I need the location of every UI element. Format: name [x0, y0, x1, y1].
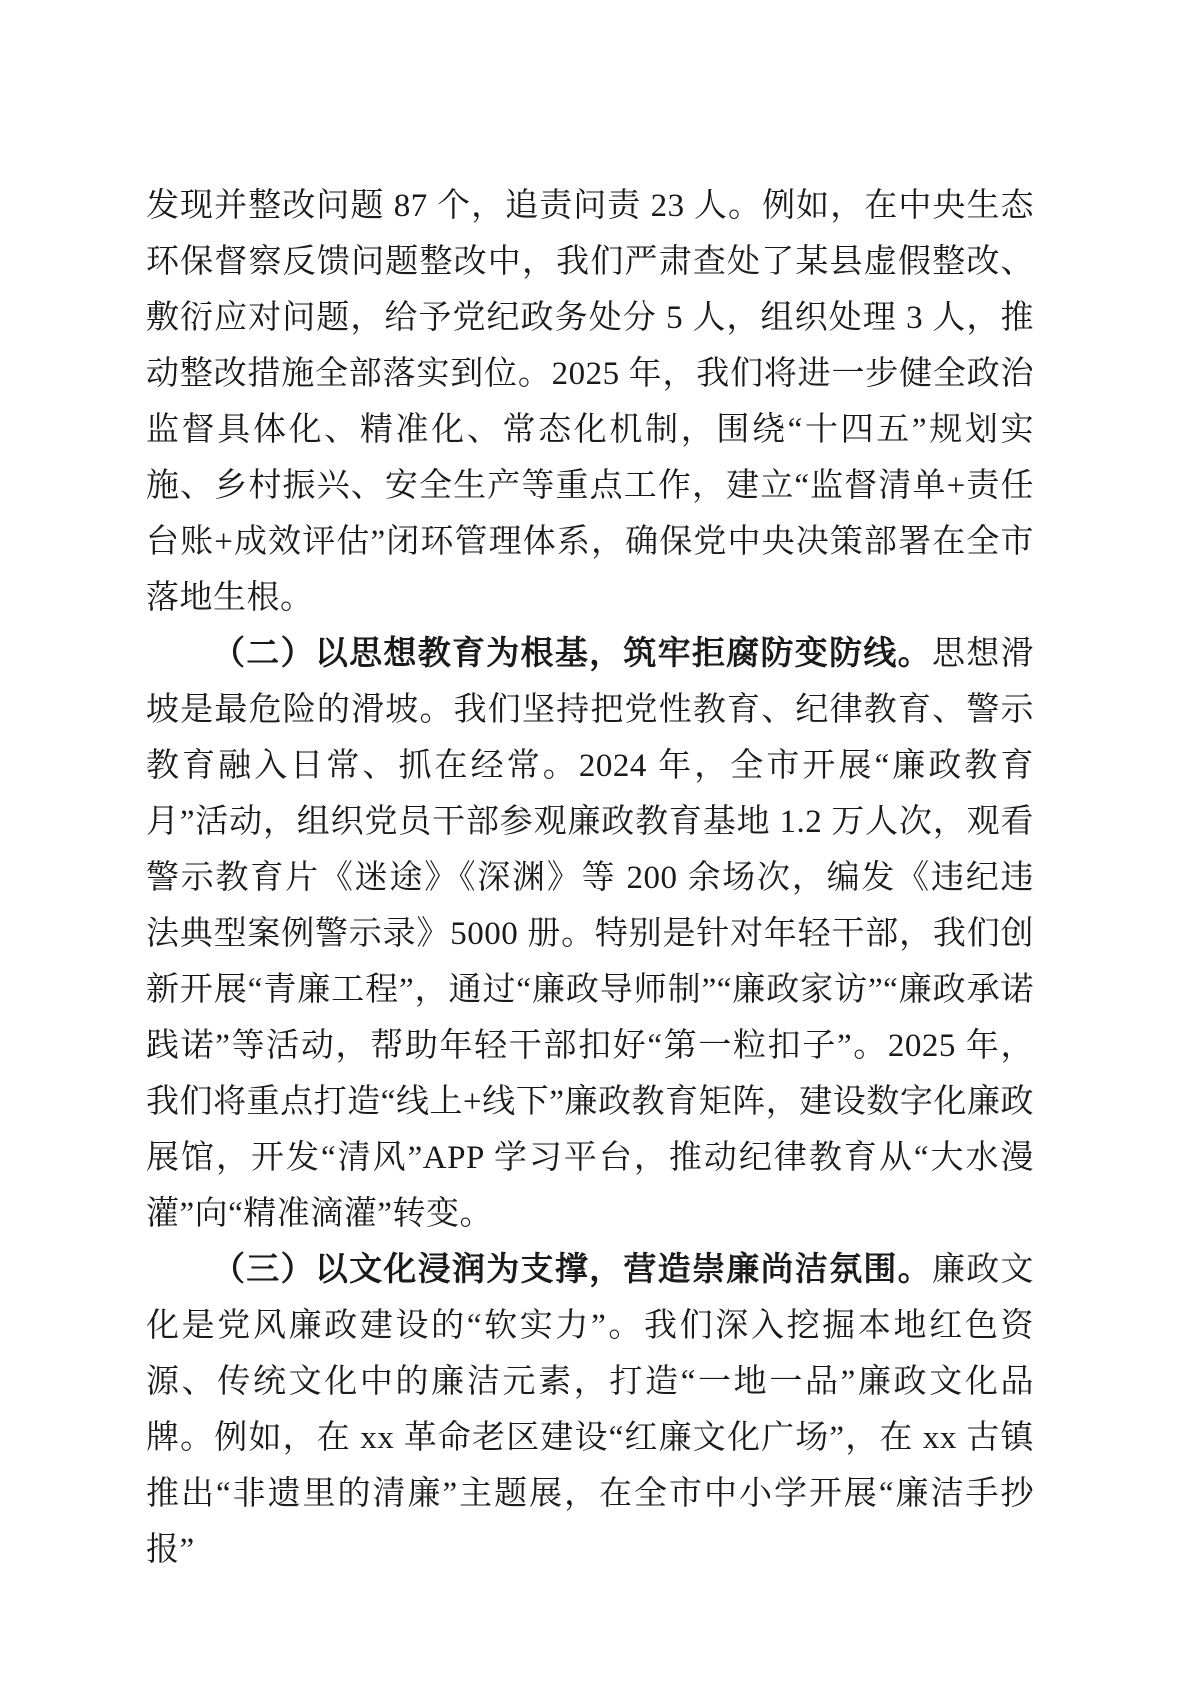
document-page: 发现并整改问题 87 个，追责问责 23 人。例如，在中央生态环保督察反馈问题整… — [0, 0, 1190, 1683]
paragraph-text: 思想滑坡是最危险的滑坡。我们坚持把党性教育、纪律教育、警示教育融入日常、抓在经常… — [146, 636, 1034, 1232]
paragraph-text: 廉政文化是党风廉政建设的“软实力”。我们深入挖掘本地红色资源、传统文化中的廉洁元… — [146, 1252, 1034, 1568]
section-heading-3: （三）以文化浸润为支撑，营造崇廉尚洁氛围。 — [212, 1252, 932, 1288]
paragraph-culture-nurturing: （三）以文化浸润为支撑，营造崇廉尚洁氛围。廉政文化是党风廉政建设的“软实力”。我… — [146, 1242, 1034, 1578]
paragraph-political-supervision: 发现并整改问题 87 个，追责问责 23 人。例如，在中央生态环保督察反馈问题整… — [146, 178, 1034, 626]
section-heading-2: （二）以思想教育为根基，筑牢拒腐防变防线。 — [212, 636, 932, 672]
paragraph-ideological-education: （二）以思想教育为根基，筑牢拒腐防变防线。思想滑坡是最危险的滑坡。我们坚持把党性… — [146, 626, 1034, 1242]
paragraph-text: 发现并整改问题 87 个，追责问责 23 人。例如，在中央生态环保督察反馈问题整… — [146, 188, 1034, 616]
page-body: 发现并整改问题 87 个，追责问责 23 人。例如，在中央生态环保督察反馈问题整… — [146, 178, 1034, 1578]
